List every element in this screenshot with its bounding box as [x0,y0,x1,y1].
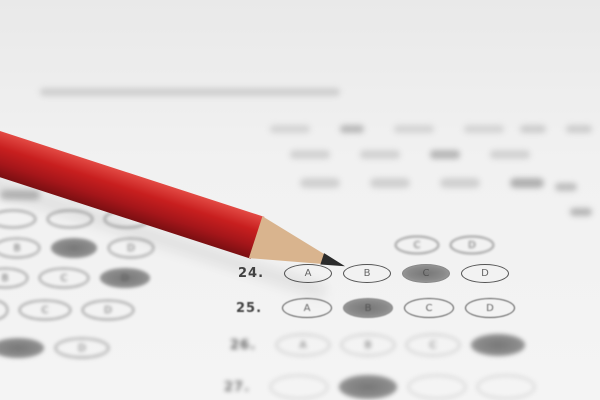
answer-sheet-photo: B D B C D C D D 23. C D 24. A B [0,0,600,400]
answer-row-27: 27. [224,375,546,399]
answer-row-26: 26. A B C [230,334,536,356]
